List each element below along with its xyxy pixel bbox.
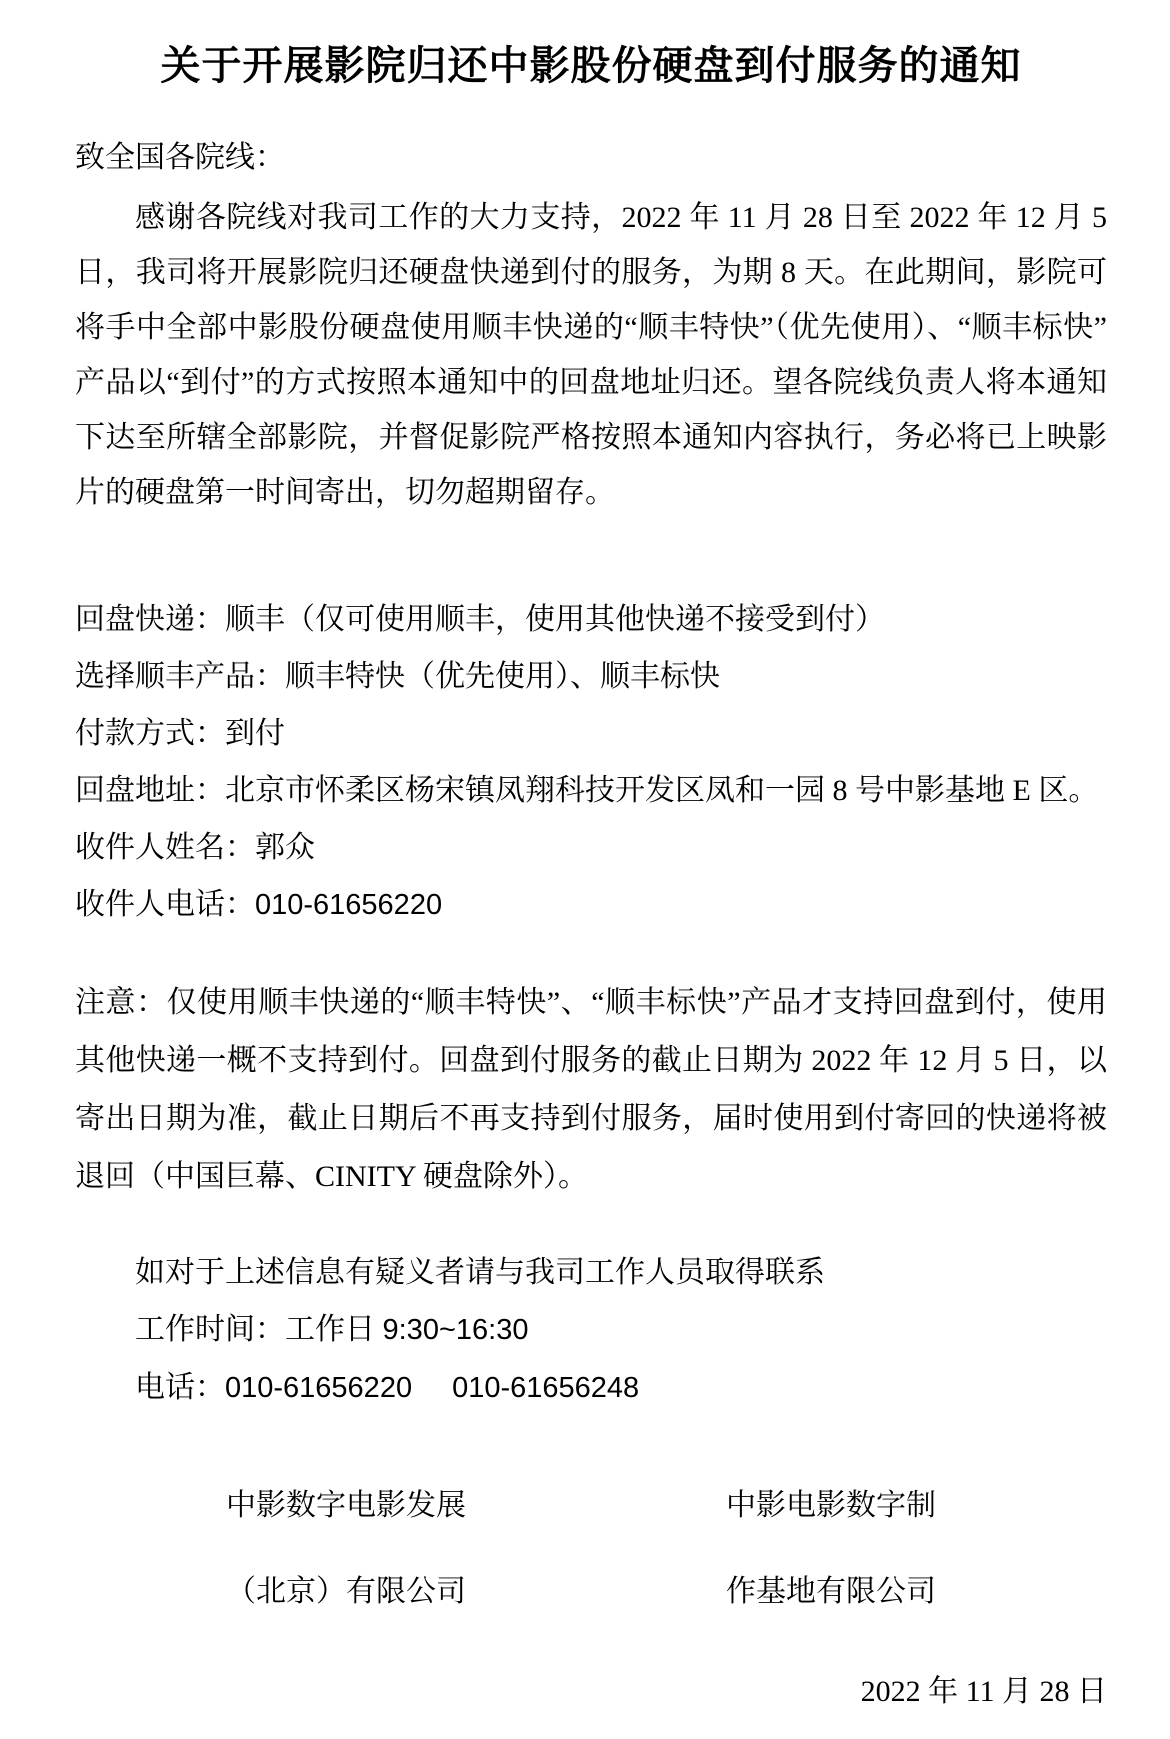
signature-left-line-2: （北京）有限公司 [226, 1564, 546, 1619]
document-title: 关于开展影院归还中影股份硬盘到付服务的通知 [75, 38, 1107, 94]
note-paragraph: 注意：仅使用顺丰快递的“顺丰特快”、“顺丰标快”产品才支持回盘到付，使用其他快递… [75, 974, 1107, 1206]
recipient-phone-label: 收件人电话： [75, 888, 255, 921]
detail-return-address: 回盘地址：北京市怀柔区杨宋镇凤翔科技开发区凤和一园 8 号中影基地 E 区。 [75, 762, 1107, 819]
signature-row-1: 中影数字电影发展 中影电影数字制 [75, 1478, 1107, 1533]
recipient-phone-number: 010-61656220 [255, 889, 442, 921]
signature-right-line-1: 中影电影数字制 [726, 1478, 936, 1533]
signature-row-2: （北京）有限公司 作基地有限公司 [75, 1564, 1107, 1619]
detail-sf-product: 选择顺丰产品：顺丰特快（优先使用）、顺丰标快 [75, 648, 1107, 705]
contact-work-time-line: 工作时间：工作日 9:30~16:30 [135, 1301, 1107, 1359]
contact-block: 如对于上述信息有疑义者请与我司工作人员取得联系 工作时间：工作日 9:30~16… [75, 1244, 1107, 1417]
detail-recipient-phone: 收件人电话：010-61656220 [75, 876, 1107, 934]
salutation-line: 致全国各院线： [75, 130, 1107, 185]
document-content: 关于开展影院归还中影股份硬盘到付服务的通知 致全国各院线： 感谢各院线对我司工作… [0, 38, 1170, 1719]
detail-recipient-name: 收件人姓名：郭众 [75, 819, 1107, 876]
contact-phone-number-2: 010-61656248 [452, 1372, 639, 1404]
signature-block: 中影数字电影发展 中影电影数字制 （北京）有限公司 作基地有限公司 [75, 1478, 1107, 1619]
intro-paragraph: 感谢各院线对我司工作的大力支持，2022 年 11 月 28 日至 2022 年… [75, 190, 1107, 520]
notice-document-page: 关于开展影院归还中影股份硬盘到付服务的通知 致全国各院线： 感谢各院线对我司工作… [0, 0, 1170, 1739]
contact-intro-line: 如对于上述信息有疑义者请与我司工作人员取得联系 [135, 1244, 1107, 1301]
work-time-value: 9:30~16:30 [383, 1314, 529, 1346]
shipping-details-block: 回盘快递：顺丰（仅可使用顺丰，使用其他快递不接受到付） 选择顺丰产品：顺丰特快（… [75, 591, 1107, 934]
contact-phone-number-1: 010-61656220 [225, 1372, 412, 1404]
document-date: 2022 年 11 月 28 日 [75, 1664, 1107, 1719]
detail-return-courier: 回盘快递：顺丰（仅可使用顺丰，使用其他快递不接受到付） [75, 591, 1107, 648]
work-time-label: 工作时间：工作日 [135, 1313, 383, 1346]
contact-phone-label: 电话： [135, 1371, 225, 1404]
contact-phone-line: 电话：010-61656220010-61656248 [135, 1359, 1107, 1417]
signature-right-line-2: 作基地有限公司 [726, 1564, 936, 1619]
detail-payment-method: 付款方式：到付 [75, 705, 1107, 762]
signature-left-line-1: 中影数字电影发展 [226, 1478, 546, 1533]
